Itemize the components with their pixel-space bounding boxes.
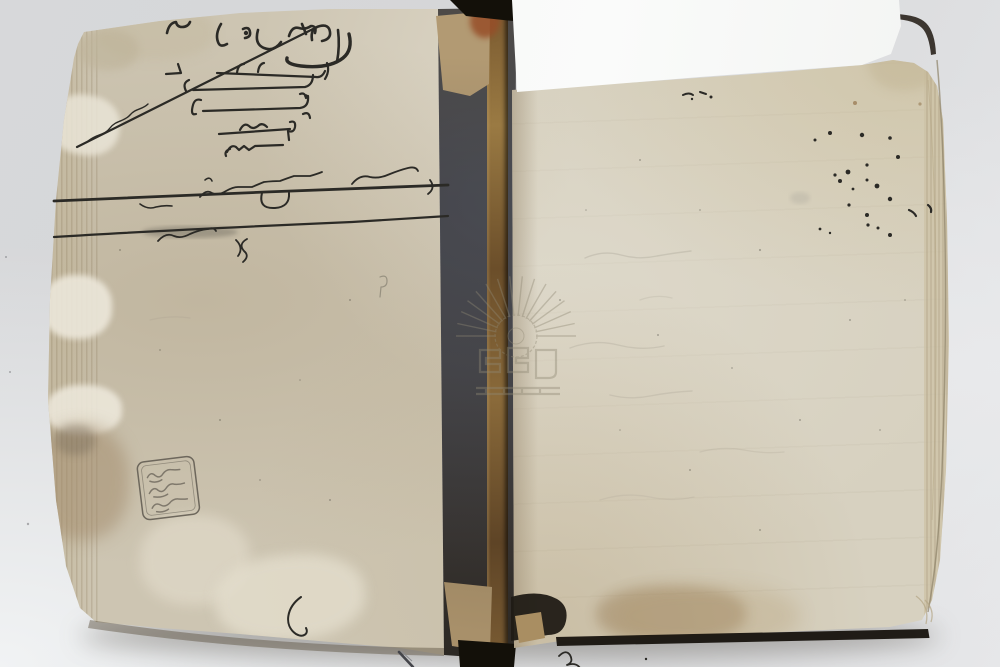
detail-overlay (0, 0, 1000, 667)
bleed-through-ghosts (150, 251, 784, 500)
bottom-cover-edge (556, 629, 930, 646)
ruled-lines-ink (54, 167, 448, 297)
pen-flourish (288, 597, 307, 636)
photo-scene (0, 0, 1000, 667)
left-bottom-edge-shadow (88, 620, 444, 656)
watermark-emblem-icon (456, 276, 576, 394)
right-edge-outline (928, 60, 945, 612)
leather-blotch (511, 593, 567, 643)
handwriting-ink (77, 22, 350, 156)
ink-spots (683, 92, 931, 237)
fore-edge-inner-line (928, 80, 936, 520)
top-right-cover-sliver (895, 14, 936, 55)
seal-stamp (137, 456, 201, 521)
paper-specks (119, 159, 906, 531)
